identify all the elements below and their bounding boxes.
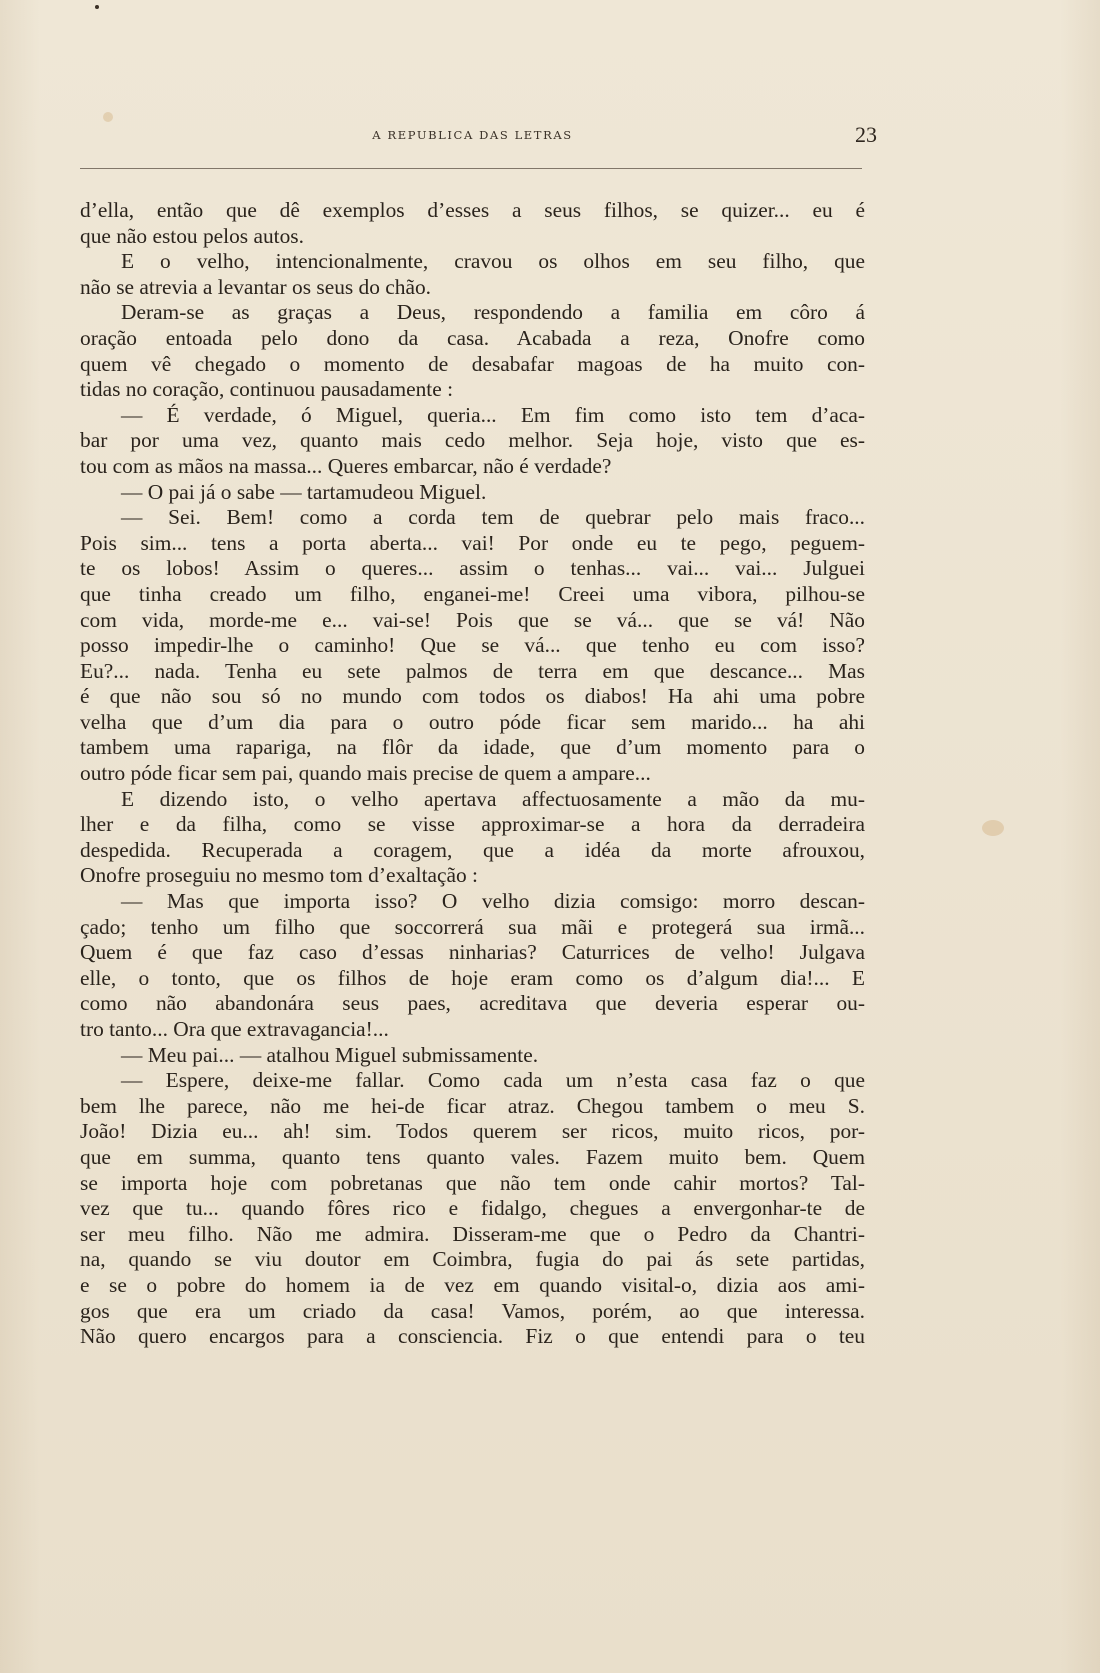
text-line: E dizendo isto, o velho apertava affectu… — [80, 787, 865, 813]
text-line: João! Dizia eu... ah! sim. Todos querem … — [80, 1119, 865, 1145]
text-line: com vida, morde-me e... vai-se! Pois que… — [80, 608, 865, 634]
text-line: Deram-se as graças a Deus, respondendo a… — [80, 300, 865, 326]
text-line: çado; tenho um filho que soccorrerá sua … — [80, 915, 865, 941]
text-line: despedida. Recuperada a coragem, que a i… — [80, 838, 865, 864]
text-line: na, quando se viu doutor em Coimbra, fug… — [80, 1247, 865, 1273]
text-line: Pois sim... tens a porta aberta... vai! … — [80, 531, 865, 557]
text-line: é que não sou só no mundo com todos os d… — [80, 684, 865, 710]
text-line: posso impedir-lhe o caminho! Que se vá..… — [80, 633, 865, 659]
text-line: e se o pobre do homem ia de vez em quand… — [80, 1273, 865, 1299]
text-line: tidas no coração, continuou pausadamente… — [80, 377, 865, 403]
foxing-stain — [103, 112, 113, 122]
page-number: 23 — [855, 122, 877, 148]
text-line: ser meu filho. Não me admira. Disseram-m… — [80, 1222, 865, 1248]
text-line: gos que era um criado da casa! Vamos, po… — [80, 1299, 865, 1325]
text-line: — É verdade, ó Miguel, queria... Em fim … — [80, 403, 865, 429]
header-rule — [80, 168, 862, 169]
text-line: — Espere, deixe-me fallar. Como cada um … — [80, 1068, 865, 1094]
text-line: se importa hoje com pobretanas que não t… — [80, 1171, 865, 1197]
text-line: que em summa, quanto tens quanto vales. … — [80, 1145, 865, 1171]
text-line: como não abandonára seus paes, acreditav… — [80, 991, 865, 1017]
text-line: tou com as mãos na massa... Queres embar… — [80, 454, 865, 480]
text-line: quem vê chegado o momento de desabafar m… — [80, 352, 865, 378]
text-line: E o velho, intencionalmente, cravou os o… — [80, 249, 865, 275]
running-title: A REPUBLICA DAS LETRAS — [80, 128, 865, 142]
text-line: lher e da filha, como se visse approxima… — [80, 812, 865, 838]
text-line: que não estou pelos autos. — [80, 224, 865, 250]
text-line: — O pai já o sabe — tartamudeou Miguel. — [80, 480, 865, 506]
text-line: Não quero encargos para a consciencia. F… — [80, 1324, 865, 1350]
text-line: que tinha creado um filho, enganei-me! C… — [80, 582, 865, 608]
text-line: — Sei. Bem! como a corda tem de quebrar … — [80, 505, 865, 531]
text-line: Quem é que faz caso d’essas ninharias? C… — [80, 940, 865, 966]
text-line: Onofre proseguiu no mesmo tom d’exaltaçã… — [80, 863, 865, 889]
text-line: tro tanto... Ora que extravagancia!... — [80, 1017, 865, 1043]
body-text: d’ella, então que dê exemplos d’esses a … — [80, 198, 865, 1350]
text-line: outro póde ficar sem pai, quando mais pr… — [80, 761, 865, 787]
ink-speck — [95, 5, 99, 9]
text-line: vez que tu... quando fôres rico e fidalg… — [80, 1196, 865, 1222]
running-head: A REPUBLICA DAS LETRAS 23 — [80, 122, 865, 148]
text-line: — Mas que importa isso? O velho dizia co… — [80, 889, 865, 915]
text-line: bem lhe parece, não me hei-de ficar atra… — [80, 1094, 865, 1120]
text-line: tambem uma rapariga, na flôr da idade, q… — [80, 735, 865, 761]
book-page: A REPUBLICA DAS LETRAS 23 d’ella, então … — [0, 0, 1100, 1673]
text-line: Eu?... nada. Tenha eu sete palmos de ter… — [80, 659, 865, 685]
text-line: te os lobos! Assim o queres... assim o t… — [80, 556, 865, 582]
foxing-stain — [982, 820, 1004, 836]
text-line: não se atrevia a levantar os seus do chã… — [80, 275, 865, 301]
text-line: — Meu pai... — atalhou Miguel submissame… — [80, 1043, 865, 1069]
text-line: velha que d’um dia para o outro póde fic… — [80, 710, 865, 736]
text-line: elle, o tonto, que os filhos de hoje era… — [80, 966, 865, 992]
text-line: bar por uma vez, quanto mais cedo melhor… — [80, 428, 865, 454]
text-line: d’ella, então que dê exemplos d’esses a … — [80, 198, 865, 224]
text-line: oração entoada pelo dono da casa. Acabad… — [80, 326, 865, 352]
